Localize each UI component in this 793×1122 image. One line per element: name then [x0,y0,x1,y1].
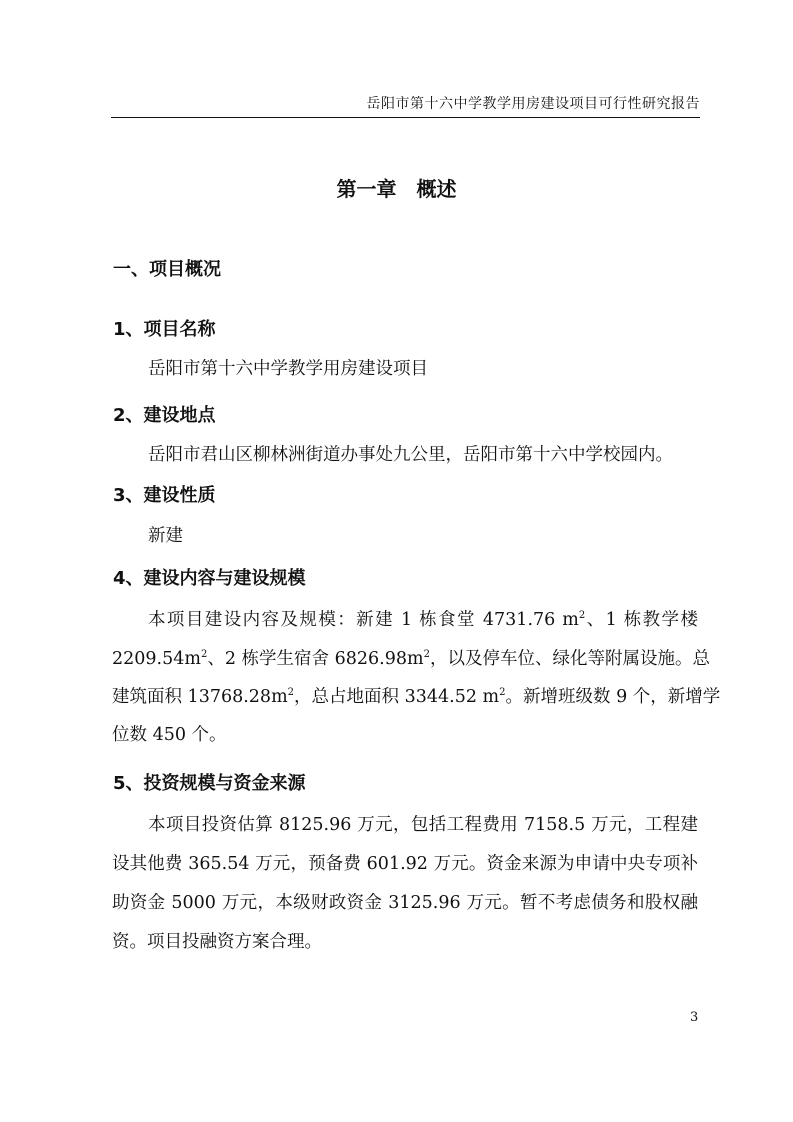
scope-line-1: 本项目建设内容及规模：新建 1 栋食堂 4731.76 m2、1 栋教学楼 [148,608,698,632]
chapter-title: 第一章 概述 [0,175,793,203]
subsection-heading-scope: 4、建设内容与建设规模 [113,567,306,591]
scope-line-3: 建筑面积 13768.28m2，总占地面积 3344.52 m2。新增班级数 9… [112,685,698,709]
subsection-heading-project-name: 1、项目名称 [113,318,216,342]
scope-line-4: 位数 450 个。 [112,723,227,747]
subsection-heading-nature: 3、建设性质 [113,484,216,508]
location-text: 岳阳市君山区柳林洲街道办事处九公里，岳阳市第十六中学校园内。 [148,443,673,467]
investment-line-1: 本项目投资估算 8125.96 万元，包括工程费用 7158.5 万元，工程建 [148,813,698,837]
document-page: 岳阳市第十六中学教学用房建设项目可行性研究报告 第一章 概述 一、项目概况 1、… [0,0,793,1122]
running-header: 岳阳市第十六中学教学用房建设项目可行性研究报告 [111,94,700,114]
subsection-heading-location: 2、建设地点 [113,404,216,428]
nature-text: 新建 [148,524,183,548]
project-name-text: 岳阳市第十六中学教学用房建设项目 [148,357,428,381]
investment-line-3: 助资金 5000 万元，本级财政资金 3125.96 万元。暂不考虑债务和股权融 [112,891,698,915]
page-number: 3 [690,1010,698,1026]
investment-line-4: 资。项目投融资方案合理。 [112,930,322,954]
scope-line-2: 2209.54m2、2 栋学生宿舍 6826.98m2，以及停车位、绿化等附属设… [112,647,698,671]
investment-line-2: 设其他费 365.54 万元，预备费 601.92 万元。资金来源为申请中央专项… [112,852,698,876]
subsection-heading-investment: 5、投资规模与资金来源 [113,772,306,796]
header-rule [111,117,700,118]
section-heading: 一、项目概况 [113,258,221,282]
